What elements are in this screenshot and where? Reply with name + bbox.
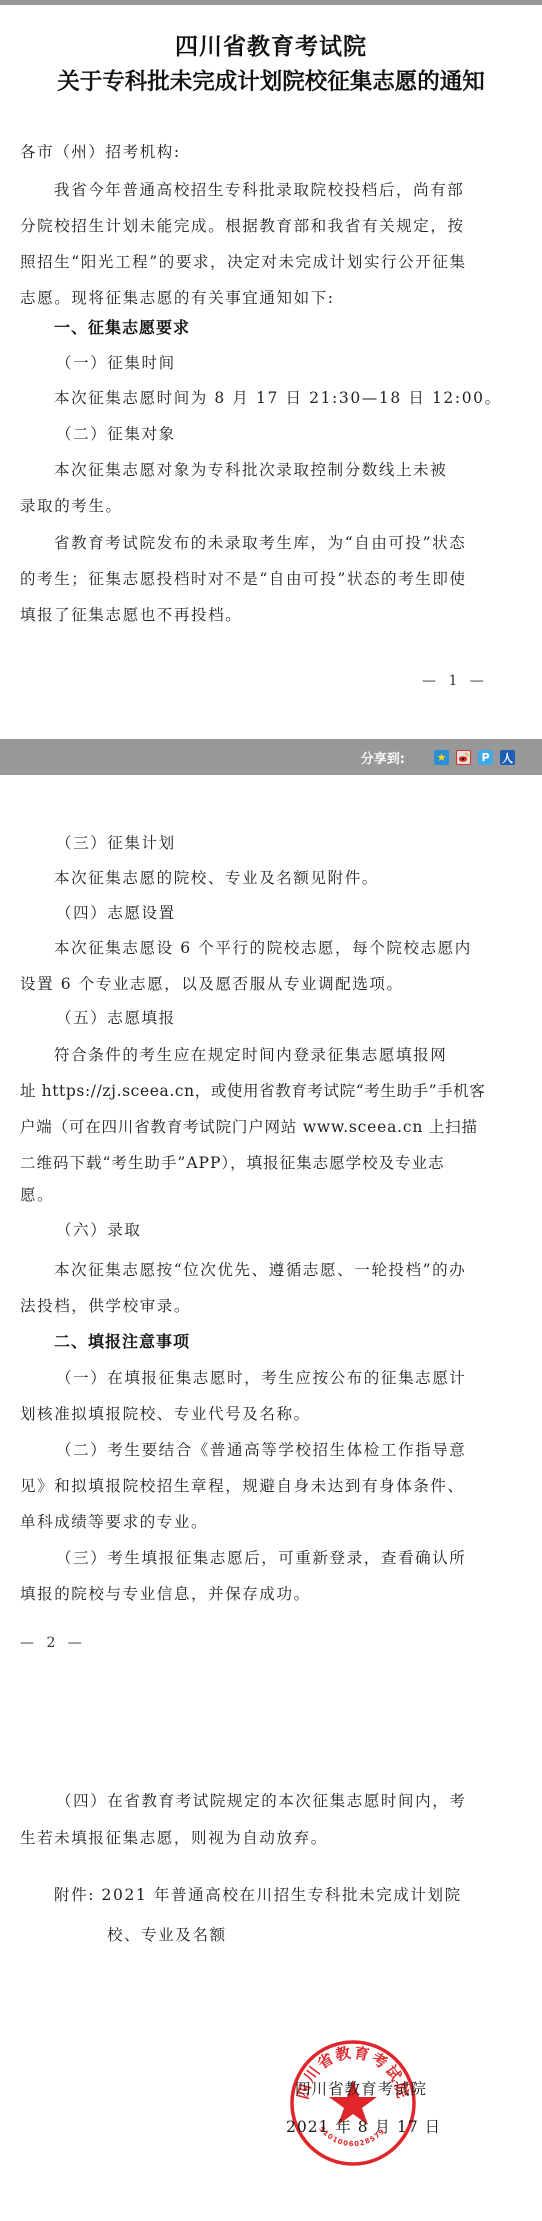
body-line: （三）考生填报征集志愿后，可重新登录，查看确认所 bbox=[56, 1548, 466, 1568]
body-line: （一）在填报征集志愿时，考生应按公布的征集志愿计 bbox=[56, 1368, 466, 1388]
body-line: 本次征集志愿按“位次优先、遵循志愿、一轮投档”的办 bbox=[54, 1260, 466, 1280]
intro-line: 我省今年普通高校招生专科批录取院校投档后，尚有部 bbox=[54, 180, 464, 200]
page-number-1: — 1 — bbox=[422, 673, 488, 689]
document-title-org: 四川省教育考试院 bbox=[0, 28, 542, 61]
qzone-icon[interactable]: ★ bbox=[434, 750, 449, 765]
renren-icon[interactable]: 人 bbox=[500, 750, 515, 765]
intro-line: 照招生“阳光工程”的要求，决定对未完成计划实行公开征集 bbox=[20, 252, 467, 272]
official-seal-icon: 四川省教育考试院 5101006028579 bbox=[286, 2036, 420, 2170]
page-number-2: — 2 — bbox=[20, 1635, 86, 1651]
body-line: 省教育考试院发布的未录取考生库，为“自由可投”状态 bbox=[54, 533, 466, 553]
section-heading-2: 二、填报注意事项 bbox=[54, 1332, 190, 1352]
salutation: 各市（州）招考机构: bbox=[20, 142, 181, 162]
body-line: 本次征集志愿的院校、专业及名额见附件。 bbox=[54, 868, 379, 888]
intro-line: 分院校招生计划未能完成。根据教育部和我省有关规定，按 bbox=[20, 216, 465, 236]
body-line: 见》和拟填报院校招生章程，规避自身未达到有身体条件、 bbox=[20, 1476, 465, 1496]
body-line: 划核准拟填报院校、专业代号及名称。 bbox=[20, 1404, 311, 1424]
subsection-heading: （二）征集对象 bbox=[56, 424, 176, 444]
subsection-heading: （五）志愿填报 bbox=[56, 1008, 176, 1028]
top-divider-bar bbox=[0, 0, 542, 5]
body-line: 法投档，供学校审录。 bbox=[20, 1296, 191, 1316]
subsection-heading: （一）征集时间 bbox=[56, 353, 176, 373]
attachment-line: 校、专业及名额 bbox=[107, 1925, 227, 1945]
body-line: （四）在省教育考试院规定的本次征集志愿时间内，考 bbox=[56, 1791, 466, 1811]
body-line: 址 https://zj.sceea.cn，或使用省教育考试院“考生助手”手机客 bbox=[20, 1081, 485, 1101]
share-bar: 分享到: ★ P 人 bbox=[0, 739, 542, 775]
intro-line: 志愿。现将征集志愿的有关事宜通知如下: bbox=[20, 288, 335, 308]
signature-org: 四川省教育考试院 bbox=[295, 2077, 427, 2099]
body-line: 单科成绩等要求的专业。 bbox=[20, 1512, 208, 1532]
body-line: 本次征集志愿设 6 个平行的院校志愿，每个院校志愿内 bbox=[54, 938, 472, 958]
attachment-line: 附件: 2021 年普通高校在川招生专科批未完成计划院 bbox=[54, 1885, 462, 1905]
body-line: 的考生；征集志愿投档时对不是“自由可投”状态的考生即使 bbox=[20, 569, 467, 589]
body-line: 填报了征集志愿也不再投档。 bbox=[20, 605, 242, 625]
body-line: 录取的考生。 bbox=[20, 496, 123, 516]
subsection-heading: （六）录取 bbox=[56, 1220, 142, 1240]
subsection-heading: （四）志愿设置 bbox=[56, 903, 176, 923]
subsection-heading: （三）征集计划 bbox=[56, 833, 176, 853]
body-line: 填报的院校与专业信息，并保存成功。 bbox=[20, 1584, 311, 1604]
body-line: 符合条件的考生应在规定时间内登录征集志愿填报网 bbox=[54, 1045, 447, 1065]
share-label: 分享到: bbox=[361, 748, 405, 767]
body-line: （二）考生要结合《普通高等学校招生体检工作指导意 bbox=[56, 1440, 466, 1460]
body-line: 户端（可在四川省教育考试院门户网站 www.sceea.cn 上扫描 bbox=[20, 1117, 478, 1137]
body-line: 生若未填报征集志愿，则视为自动放弃。 bbox=[20, 1828, 328, 1848]
body-line: 本次征集志愿时间为 8 月 17 日 21:30—18 日 12:00。 bbox=[54, 388, 502, 408]
section-heading-1: 一、征集志愿要求 bbox=[54, 318, 190, 338]
weibo-icon[interactable] bbox=[456, 750, 471, 765]
pengyou-icon[interactable]: P bbox=[478, 750, 493, 765]
signature-date: 2021 年 8 月 17 日 bbox=[286, 2115, 441, 2137]
body-line: 二维码下载“考生助手”APP），填报征集志愿学校及专业志 bbox=[20, 1153, 445, 1173]
body-line: 本次征集志愿对象为专科批次录取控制分数线上未被 bbox=[54, 460, 447, 480]
body-line: 愿。 bbox=[20, 1185, 54, 1205]
body-line: 设置 6 个专业志愿，以及愿否服从专业调配选项。 bbox=[20, 974, 404, 994]
document-title: 关于专科批未完成计划院校征集志愿的通知 bbox=[0, 64, 542, 96]
